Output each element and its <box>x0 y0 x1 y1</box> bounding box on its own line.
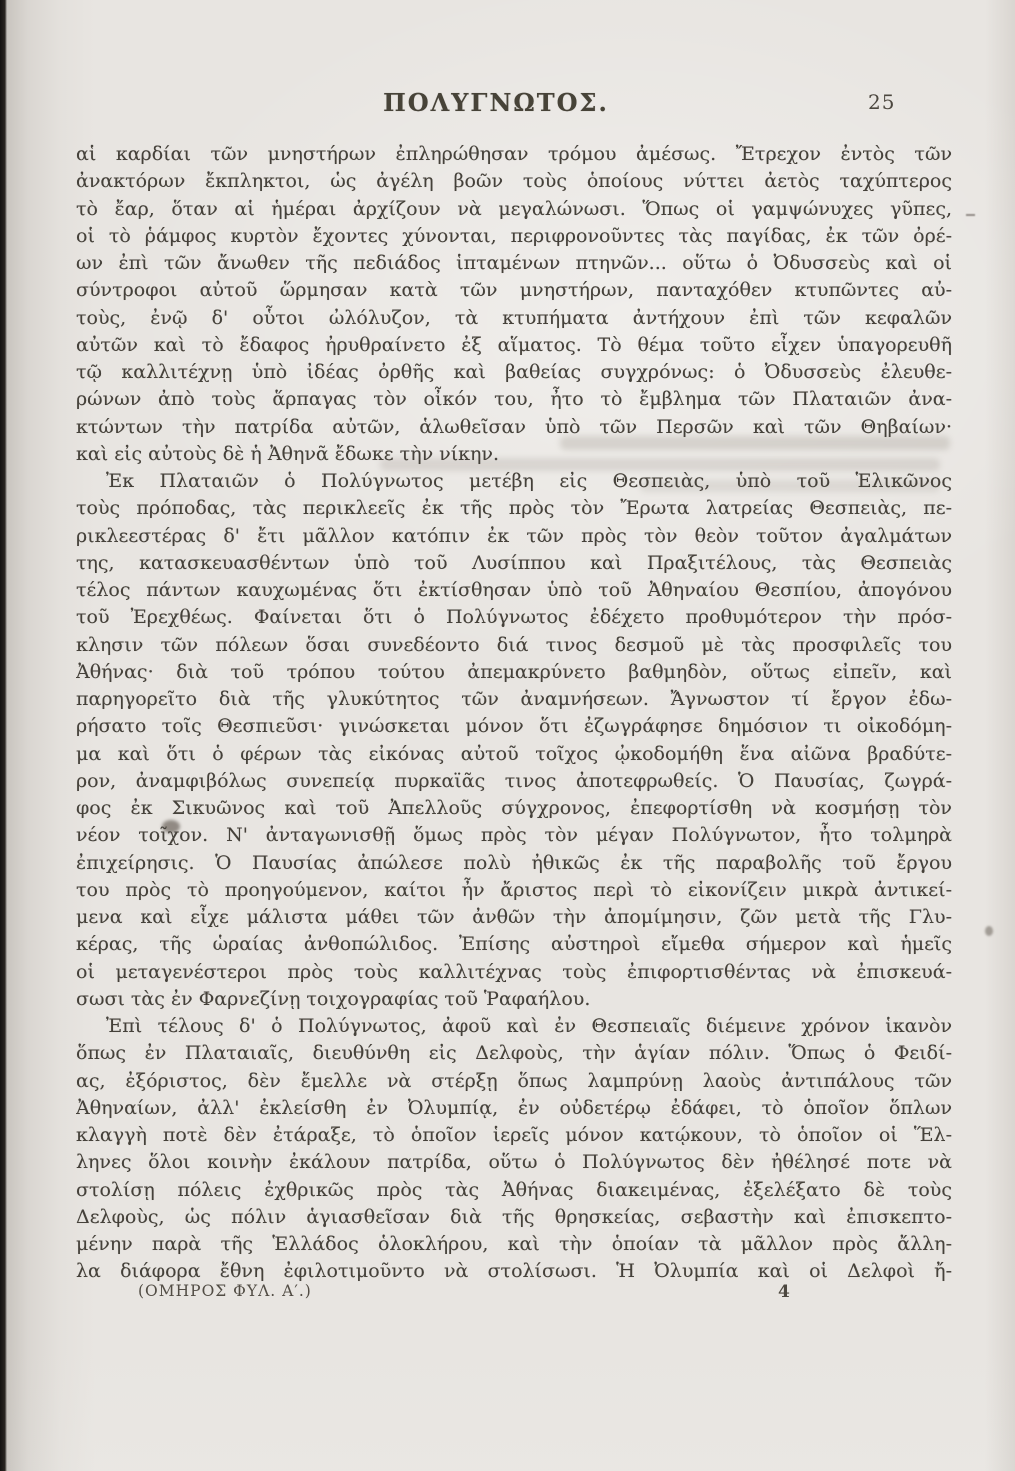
text-line: νέον τοῖχον. Ν' ἀνταγωνισθῇ ὅμως πρὸς τὸ… <box>76 822 952 849</box>
text-line: Ἐκ Πλαταιῶν ὁ Πολύγνωτος μετέβη εἰς Θεσπ… <box>76 468 952 495</box>
sheet-number: 4 <box>778 1282 790 1302</box>
page-footer: (ΟΜΗΡΟΣ ΦΥΛ. Α′.) 4 <box>76 1282 952 1310</box>
text-line: κτώντων τὴν πατρίδα αὐτῶν, ἁλωθεῖσαν ὑπὸ… <box>76 414 952 441</box>
text-line: ὅπως ἐν Πλαταιαῖς, διευθύνθη εἰς Δελφοὺς… <box>76 1040 952 1067</box>
text-line: ων ἐπὶ τῶν ἄνωθεν τῆς πεδιάδος ἱπταμένων… <box>76 250 952 277</box>
text-line: ας, ἐξόριστος, δὲν ἔμελλε νὰ στέρξῃ ὅπως… <box>76 1068 952 1095</box>
text-line: σύντροφοι αὐτοῦ ὥρμησαν κατὰ τῶν μνηστήρ… <box>76 277 952 304</box>
text-line: παρηγορεῖτο διὰ τῆς γλυκύτητος τῶν ἀναμν… <box>76 686 952 713</box>
text-line: Ἐπὶ τέλους δ' ὁ Πολύγνωτος, ἀφοῦ καὶ ἐν … <box>76 1013 952 1040</box>
text-line: κέρας, τῆς ὡραίας ἀνθοπώλιδος. Ἐπίσης αὐ… <box>76 931 952 958</box>
text-line: τοὺς, ἐνῷ δ' οὗτοι ὠλόλυζον, τὰ κτυπήματ… <box>76 305 952 332</box>
text-line: ρήσατο τοῖς Θεσπιεῦσι· γινώσκεται μόνον … <box>76 713 952 740</box>
text-line: του πρὸς τὸ προηγούμενον, καίτοι ἦν ἄρισ… <box>76 877 952 904</box>
page-title: ΠΟΛΥΓΝΩΤΟΣ. <box>0 88 992 117</box>
text-line: αἱ καρδίαι τῶν μνηστήρων ἐπληρώθησαν τρό… <box>76 141 952 168</box>
text-line: Δελφοὺς, ὡς πόλιν ἁγιασθεῖσαν διὰ τῆς θρ… <box>76 1204 952 1231</box>
text-line: μα καὶ ὅτι ὁ φέρων τὰς εἰκόνας αὐτοῦ τοῖ… <box>76 741 952 768</box>
text-line: τοὺς πρόποδας, τὰς περικλεεῖς ἐκ τῆς πρὸ… <box>76 495 952 522</box>
text-line: οἱ μεταγενέστεροι πρὸς τοὺς καλλιτέχνας … <box>76 959 952 986</box>
text-line: τοῦ Ἐρεχθέως. Φαίνεται ὅτι ὁ Πολύγνωτος … <box>76 604 952 631</box>
text-line: Ἀθηναίων, ἀλλ' ἐκλείσθη ἐν Ὀλυμπίᾳ, ἐν ο… <box>76 1095 952 1122</box>
text-line: κλησιν τῶν πόλεων ὅσαι συνεδέοντο διά τι… <box>76 632 952 659</box>
text-line: ἐπιχείρησις. Ὁ Παυσίας ἀπώλεσε πολὺ ἠθικ… <box>76 850 952 877</box>
text-line: στολίσῃ πόλεις ἐχθρικῶς πρὸς τὰς Ἀθήνας … <box>76 1177 952 1204</box>
text-line: τὸ ἔαρ, ὅταν αἱ ἡμέραι ἀρχίζουν νὰ μεγαλ… <box>76 196 952 223</box>
text-block: αἱ καρδίαι τῶν μνηστήρων ἐπληρώθησαν τρό… <box>76 141 952 1286</box>
ink-smudge <box>985 926 993 936</box>
paragraph: αἱ καρδίαι τῶν μνηστήρων ἐπληρώθησαν τρό… <box>76 141 952 468</box>
text-line: ἀνακτόρων ἔκπληκτοι, ὡς ἀγέλη βοῶν τοὺς … <box>76 168 952 195</box>
text-line: οἱ τὸ ῥάμφος κυρτὸν ἔχοντες χύνονται, πε… <box>76 223 952 250</box>
margin-mark <box>966 214 975 216</box>
text-line: τῷ καλλιτέχνῃ ὑπὸ ἰδέας ὀρθῆς καὶ βαθεία… <box>76 359 952 386</box>
scanned-book-page: ΠΟΛΥΓΝΩΤΟΣ. 25 αἱ καρδίαι τῶν μνηστήρων … <box>0 0 1015 1471</box>
text-line: μένην παρὰ τῆς Ἑλλάδος ὁλοκλήρου, καὶ τὴ… <box>76 1231 952 1258</box>
text-line: κλαγγὴ ποτὲ δὲν ἐτάραξε, τὸ ὁποῖον ἱερεῖ… <box>76 1122 952 1149</box>
text-line: μενα καὶ εἶχε μάλιστα μάθει τῶν ἀνθῶν τὴ… <box>76 904 952 931</box>
printer-signature: (ΟΜΗΡΟΣ ΦΥΛ. Α′.) <box>138 1282 312 1300</box>
text-line: φος ἐκ Σικυῶνος καὶ τοῦ Ἀπελλοῦς σύγχρον… <box>76 795 952 822</box>
paragraph: Ἐκ Πλαταιῶν ὁ Πολύγνωτος μετέβη εἰς Θεσπ… <box>76 468 952 1013</box>
text-line: ρικλεεστέρας δ' ἔτι μᾶλλον κατόπιν ἐκ τῶ… <box>76 523 952 550</box>
text-line: ρώνων ἀπὸ τοὺς ἅρπαγας τὸν οἶκόν του, ἦτ… <box>76 386 952 413</box>
text-line: της, κατασκευασθέντων ὑπὸ τοῦ Λυσίππου κ… <box>76 550 952 577</box>
text-line: ληνες ὅλοι κοινὴν ἐκάλουν πατρίδα, οὕτω … <box>76 1149 952 1176</box>
text-line: καὶ εἰς αὐτοὺς δὲ ἡ Ἀθηνᾶ ἔδωκε τὴν νίκη… <box>76 441 952 468</box>
binding-edge-shadow <box>0 0 7 1471</box>
text-line: ρον, ἀναμφιβόλως συνεπείᾳ πυρκαϊᾶς τινος… <box>76 768 952 795</box>
text-line: Ἀθήνας· διὰ τοῦ τρόπου τούτου ἀπεμακρύνε… <box>76 659 952 686</box>
page-number: 25 <box>868 90 895 114</box>
text-line: τέλος πάντων καυχωμένας ὅτι ἐκτίσθησαν ὑ… <box>76 577 952 604</box>
paragraph: Ἐπὶ τέλους δ' ὁ Πολύγνωτος, ἀφοῦ καὶ ἐν … <box>76 1013 952 1286</box>
text-line: σωσι τὰς ἐν Φαρνεζίνῃ τοιχογραφίας τοῦ Ῥ… <box>76 986 952 1013</box>
text-line: αὐτῶν καὶ τὸ ἔδαφος ἠρυθραίνετο ἐξ αἵματ… <box>76 332 952 359</box>
